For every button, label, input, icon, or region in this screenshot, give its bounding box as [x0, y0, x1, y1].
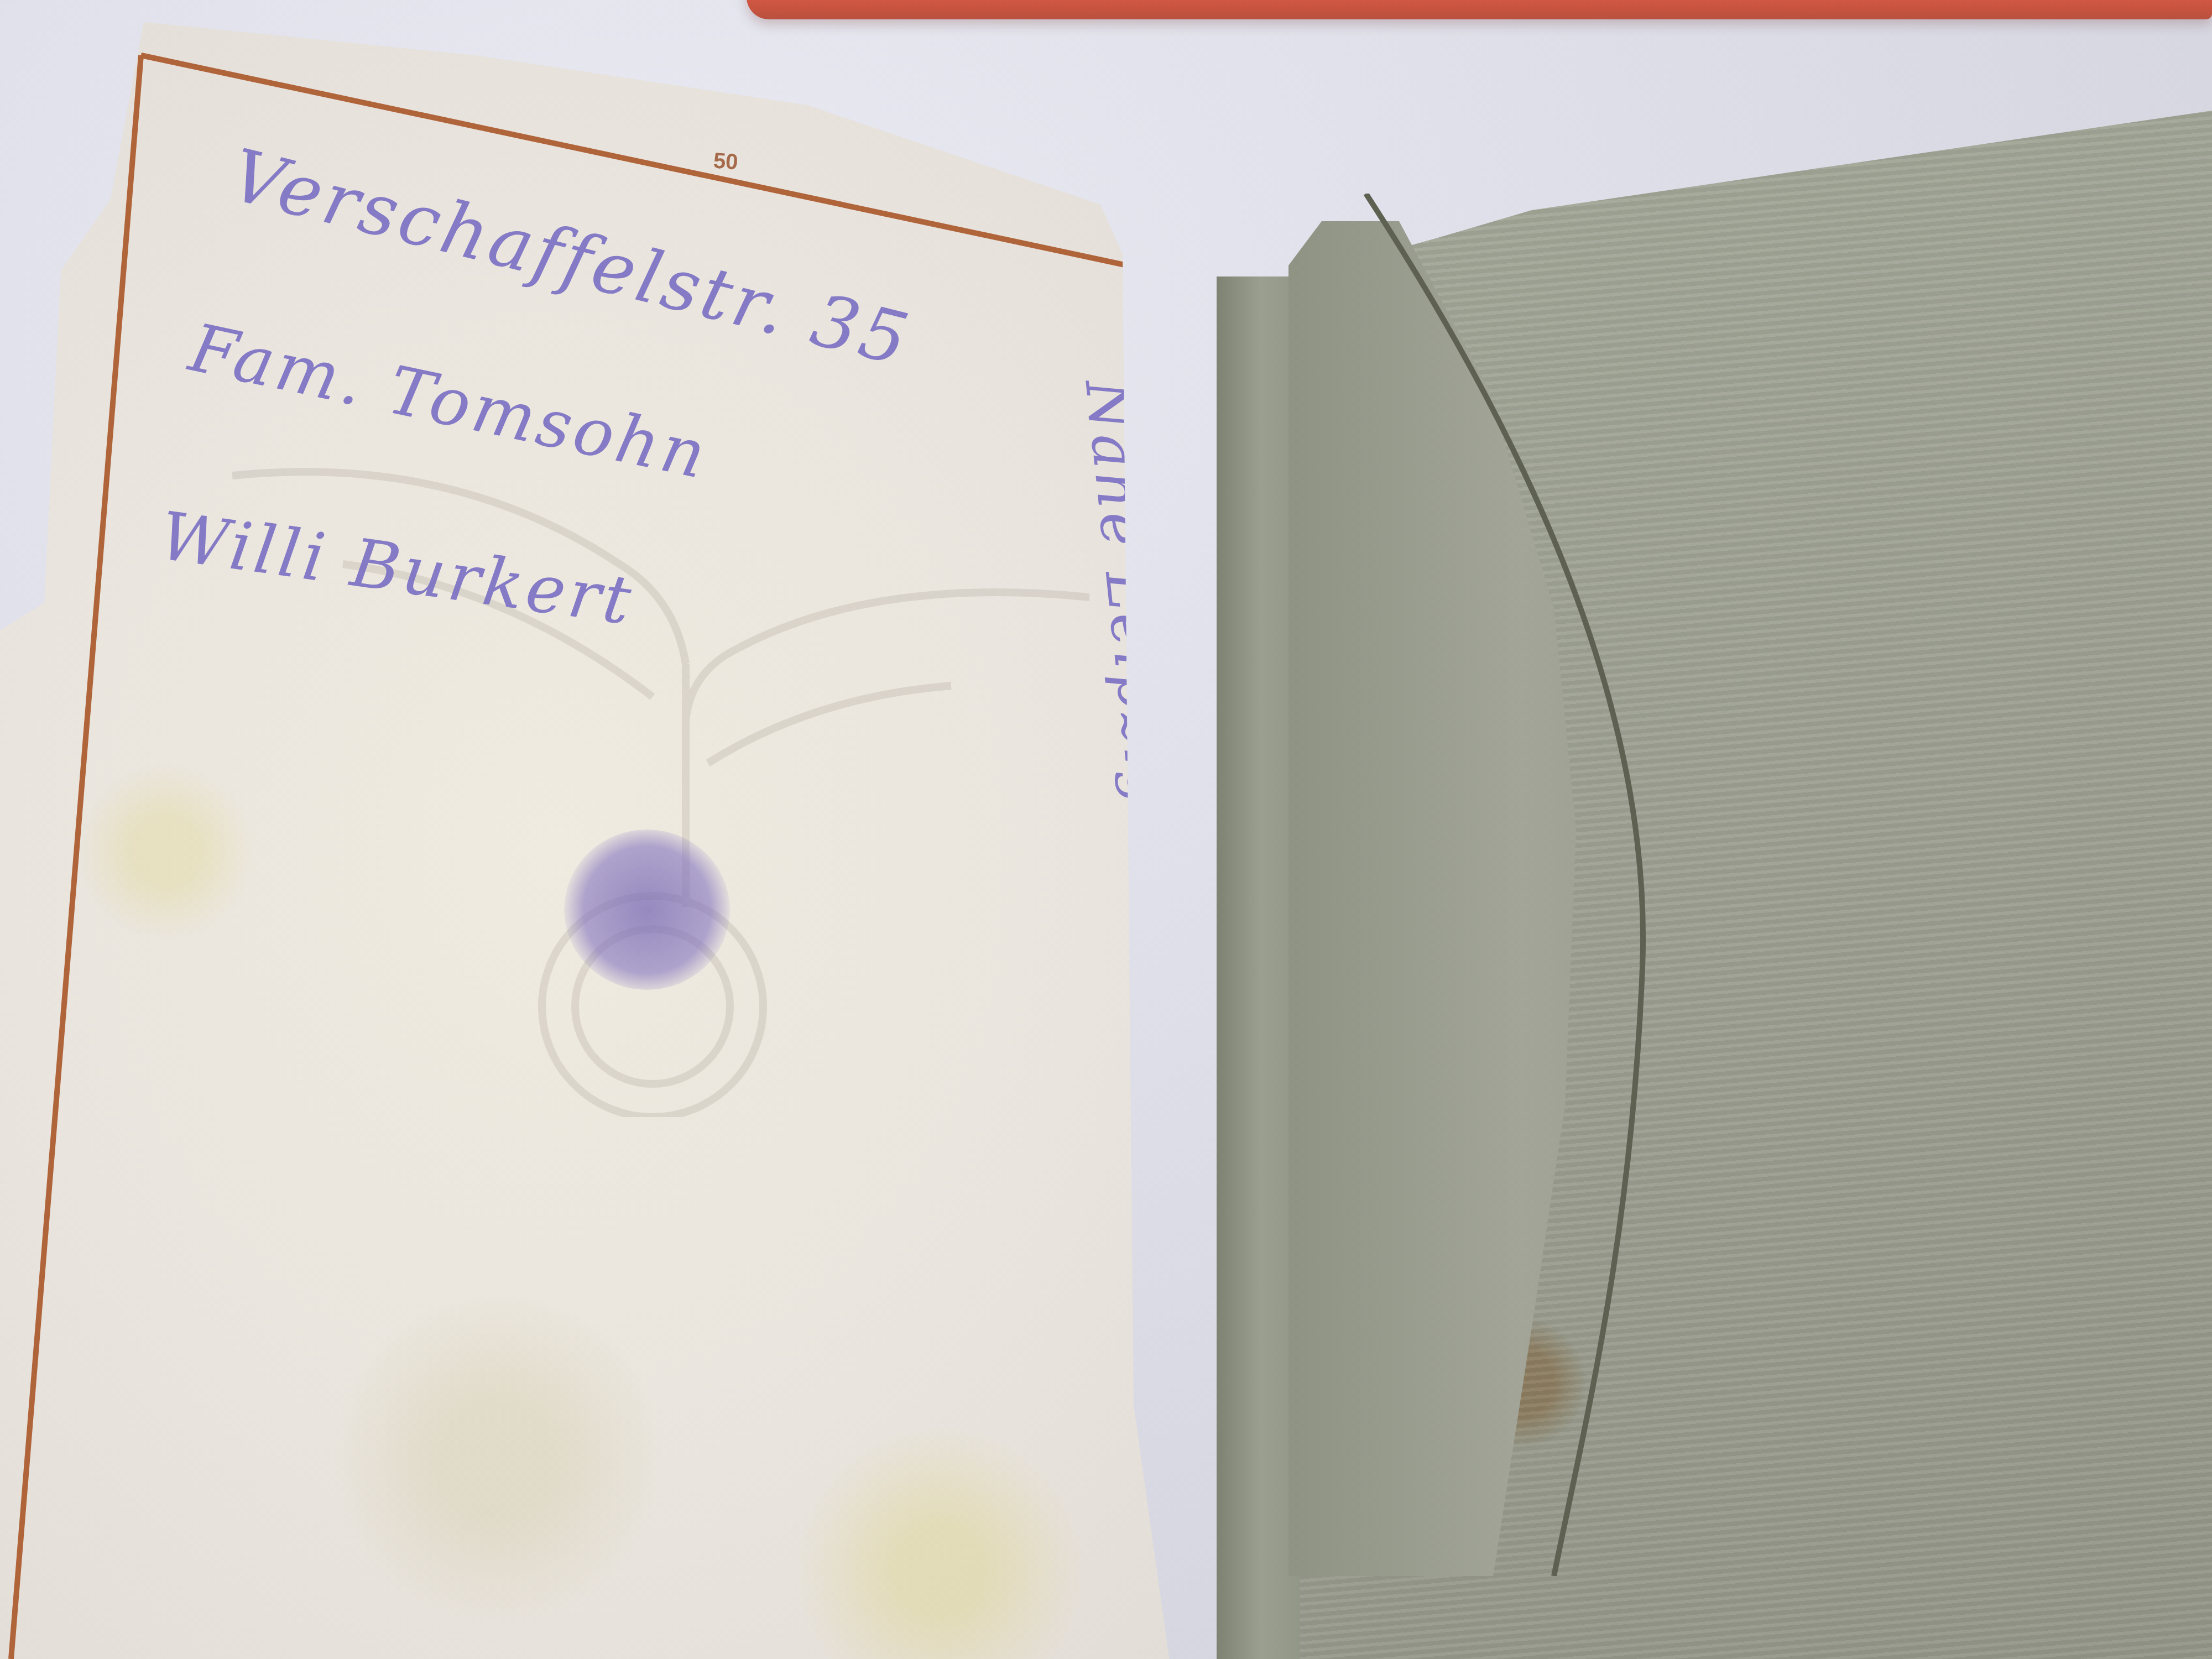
document-photo: 50 Verschaffelstr. 35 Fam. Tomsohn Willi…: [0, 0, 2212, 1659]
violet-ink-stamp: [564, 830, 730, 990]
red-booklet-edge: [747, 0, 2212, 19]
page-number: 50: [712, 149, 739, 175]
left-page: 50 Verschaffelstr. 35 Fam. Tomsohn Willi…: [0, 22, 1255, 1659]
